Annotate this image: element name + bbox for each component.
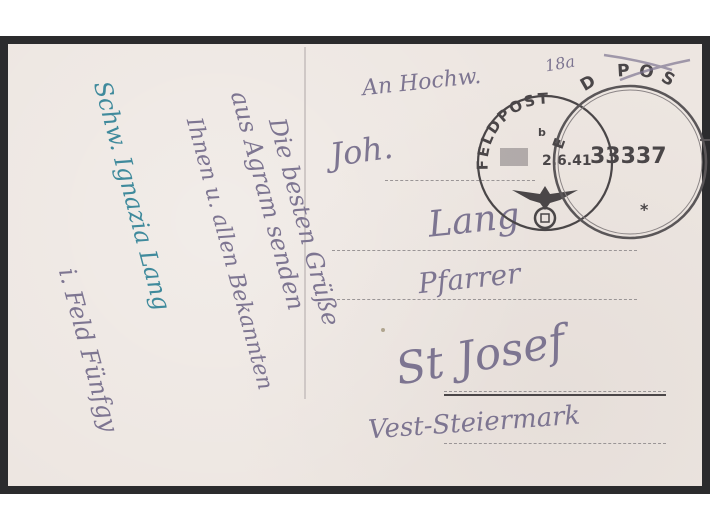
address-line-underline — [444, 394, 666, 396]
address-line-2 — [332, 250, 637, 251]
address-line-3 — [332, 299, 637, 300]
address-line-4 — [444, 391, 666, 392]
address-line-5 — [444, 443, 666, 444]
address-line-1 — [385, 180, 535, 181]
